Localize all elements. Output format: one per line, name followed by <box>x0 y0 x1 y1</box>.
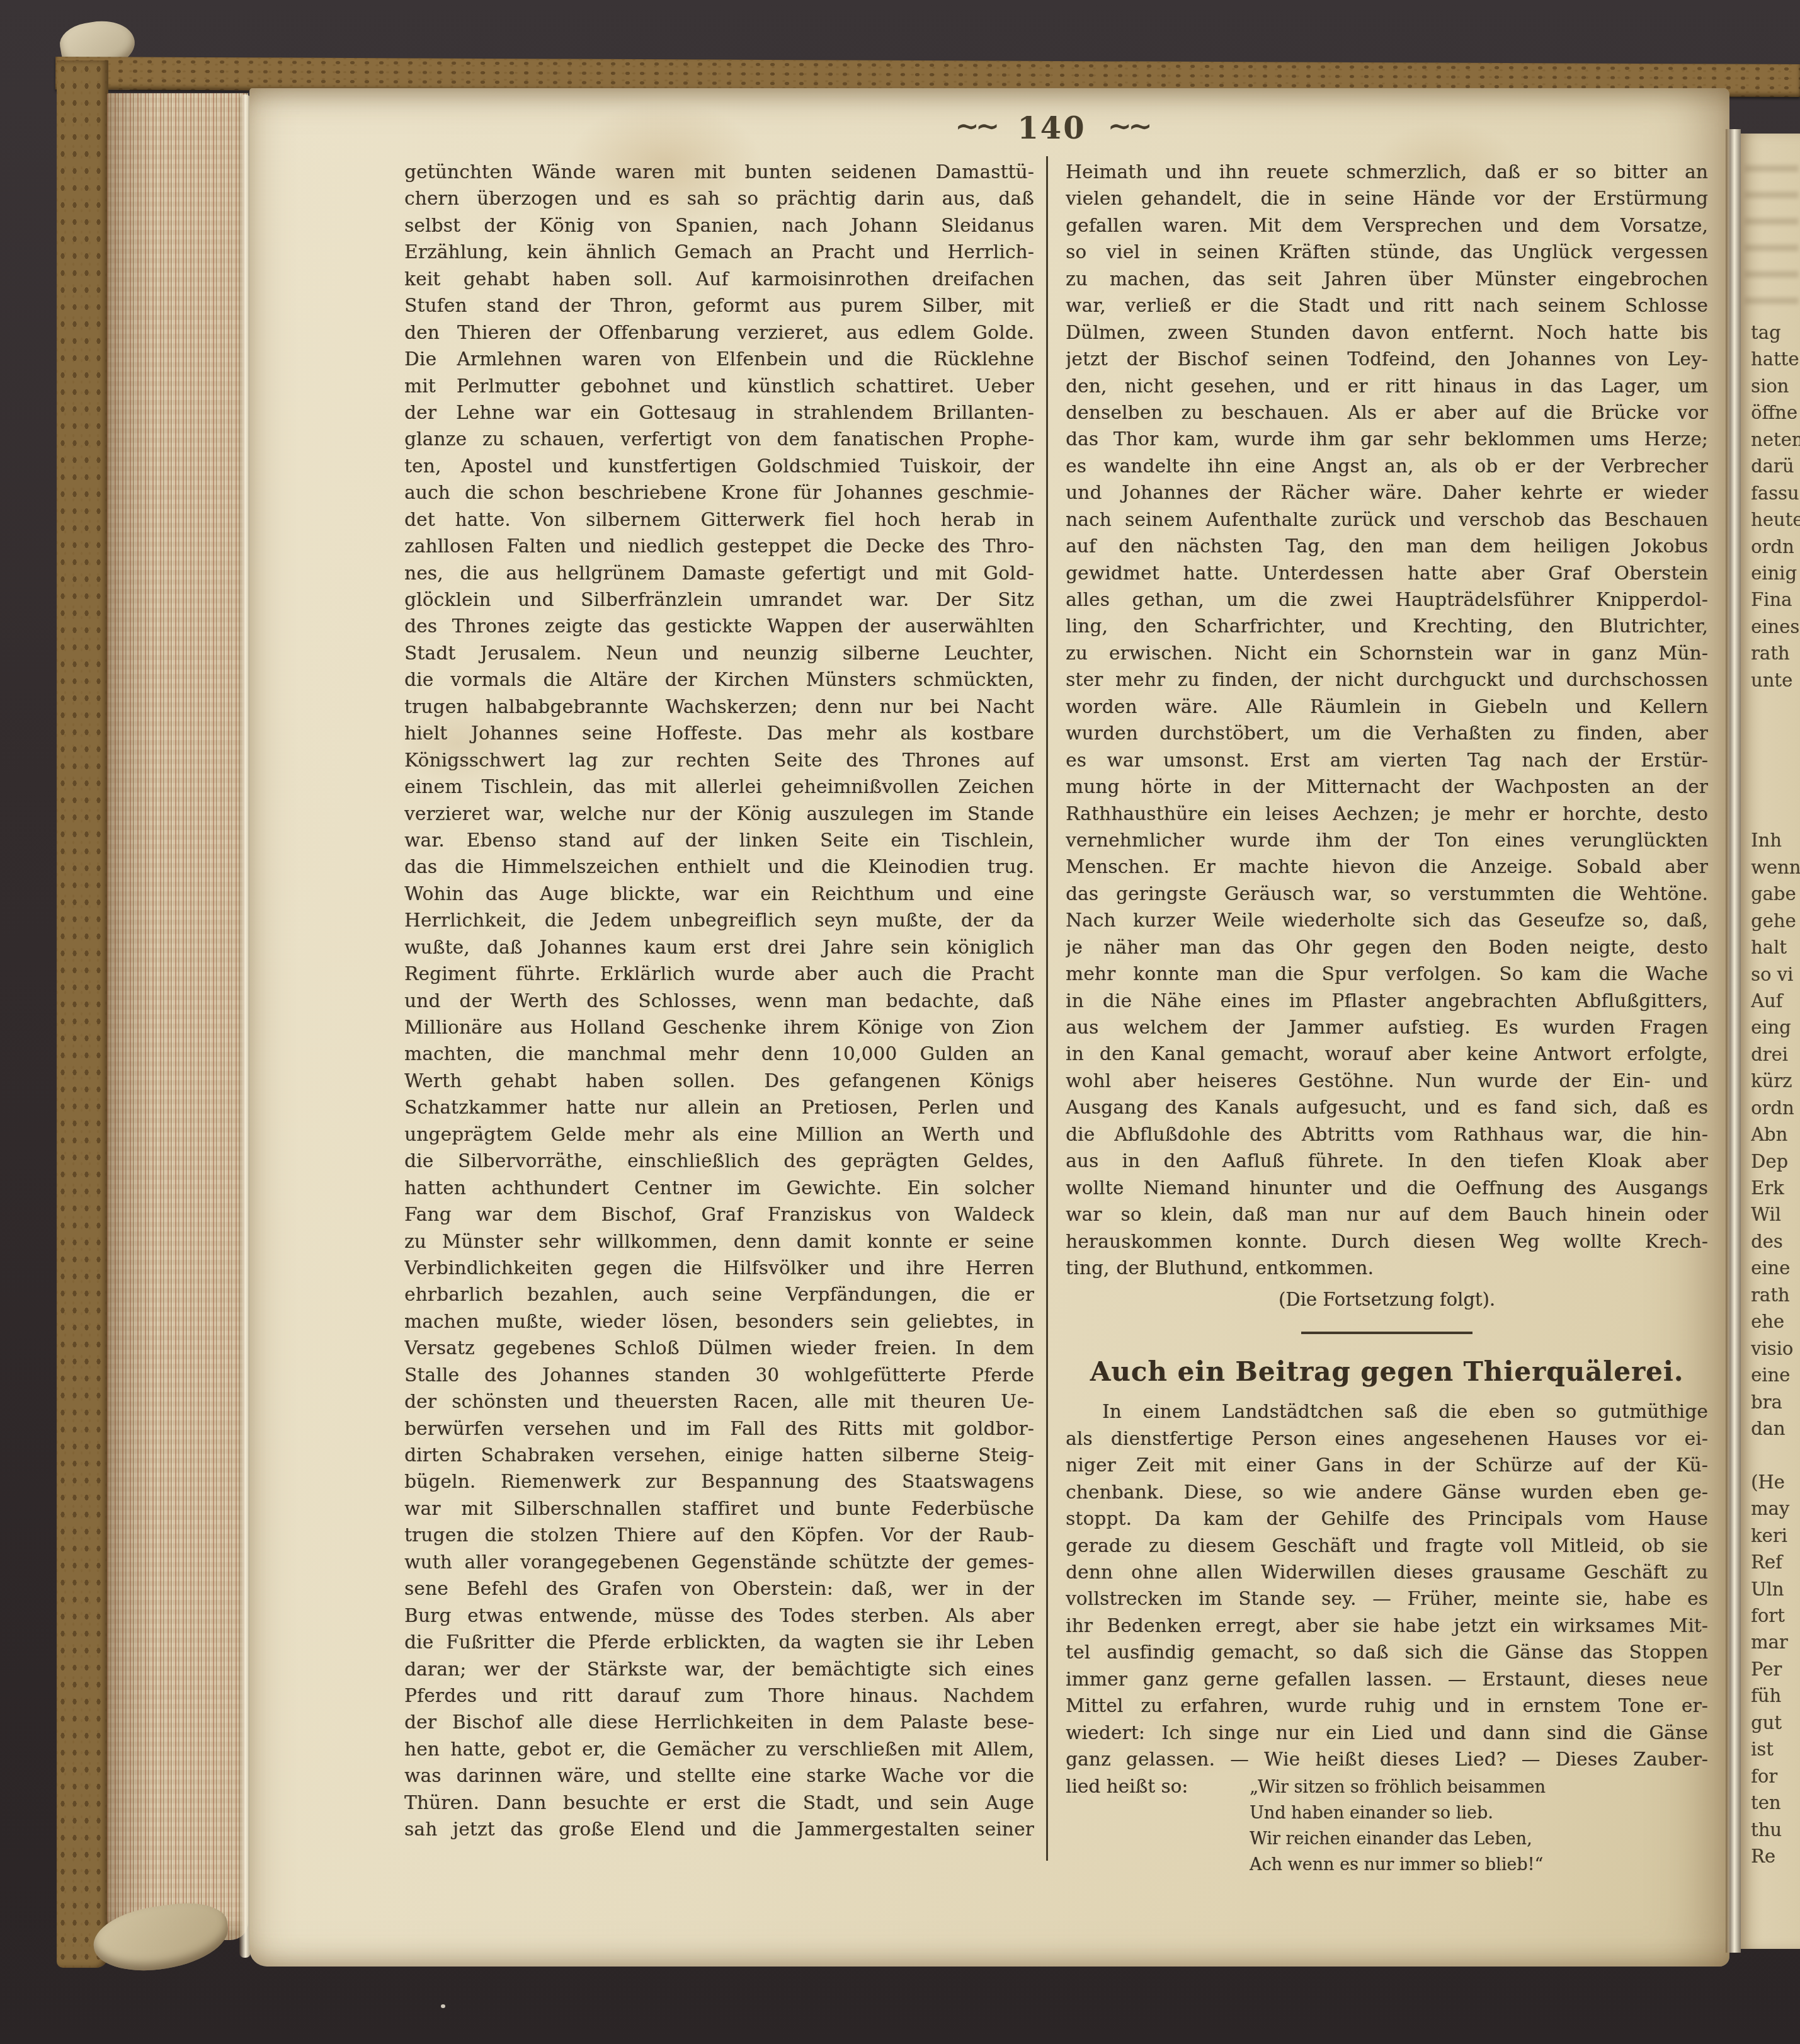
text-line: den, nicht gesehen, und er ritt hinaus i… <box>1066 373 1708 399</box>
text-fragment: Auf <box>1751 988 1800 1014</box>
text-line: chern überzogen und es sah so prächtig d… <box>404 185 1034 212</box>
text-line: machten, die manchmal mehr denn 10,000 G… <box>404 1041 1034 1067</box>
text-line: das Thor kam, wurde ihm gar sehr beklomm… <box>1066 426 1708 452</box>
text-fragment: hatte <box>1751 346 1800 372</box>
text-line: war mit Silberschnallen staffiret und bu… <box>404 1495 1034 1522</box>
text-line: vielen gehandelt, die in seine Hände vor… <box>1066 185 1708 212</box>
text-line: die Silbervorräthe, einschließlich des g… <box>404 1148 1034 1174</box>
right-text-column: Heimath und ihn reuete schmerzlich, daß … <box>1066 159 1708 1878</box>
text-line: Stadt Jerusalem. Neun und neunzig silber… <box>404 640 1034 666</box>
text-fragment: eing <box>1751 1014 1800 1041</box>
text-line: das geringste Geräusch war, so verstummt… <box>1066 881 1708 907</box>
text-line: wurden durchstöbert, um die Verhaßten zu… <box>1066 720 1708 746</box>
text-line: ling, den Scharfrichter, und Krechting, … <box>1066 613 1708 639</box>
text-line: mit Perlmutter gebohnet und künstlich sc… <box>404 373 1034 399</box>
text-line: auch die schon beschriebene Krone für Jo… <box>404 479 1034 506</box>
text-line: Burg etwas entwende, müsse des Todes ste… <box>404 1602 1034 1629</box>
poem-block: Und haben einander so lieb.Wir reichen e… <box>1066 1800 1708 1878</box>
text-fragment: darü <box>1751 453 1800 479</box>
text-line: der Lehne war ein Gottesaug in strahlend… <box>404 399 1034 426</box>
text-line: Pferdes und ritt darauf zum Thore hinaus… <box>404 1682 1034 1709</box>
text-fragment: dan <box>1751 1415 1800 1442</box>
text-fragment <box>1751 721 1800 747</box>
text-fragment: gabe <box>1751 881 1800 907</box>
text-line: Dülmen, zween Stunden davon entfernt. No… <box>1066 319 1708 346</box>
text-line: in die Nähe eines im Pflaster angebracht… <box>1066 988 1708 1014</box>
text-line: es wandelte ihn eine Angst an, als ob er… <box>1066 453 1708 479</box>
text-fragment: so vi <box>1751 961 1800 988</box>
text-line: trugen die stolzen Thiere auf den Köpfen… <box>404 1522 1034 1548</box>
text-line: aus welchem der Jammer aufstieg. Es wurd… <box>1066 1014 1708 1041</box>
text-line: Thüren. Dann besuchte er erst die Stadt,… <box>404 1790 1034 1816</box>
section-divider-rule <box>1301 1332 1472 1334</box>
text-line: wollte Niemand hinunter und die Oeffnung… <box>1066 1175 1708 1201</box>
text-line: die Fußritter die Pferde erblickten, da … <box>404 1629 1034 1655</box>
text-line: bügeln. Riemenwerk zur Bespannung des St… <box>404 1468 1034 1495</box>
text-line: glanze zu schauen, verfertigt von dem fa… <box>404 426 1034 452</box>
text-line: so viel in seinen Kräften stünde, das Un… <box>1066 239 1708 265</box>
story-text-block: Heimath und ihn reuete schmerzlich, daß … <box>1066 159 1708 1281</box>
text-fragment: sion <box>1751 373 1800 399</box>
text-line: ten, Apostel und kunstfertigen Goldschmi… <box>404 453 1034 479</box>
text-fragment <box>1751 774 1800 800</box>
text-line: vollstrecken im Stande sey. — Früher, me… <box>1066 1585 1708 1612</box>
ghost-text-smudge <box>1745 165 1799 310</box>
text-line: Mittel zu erfahren, wurde ruhig und in e… <box>1066 1693 1708 1719</box>
text-fragment: rath <box>1751 1282 1800 1308</box>
text-line: Ausgang des Kanals aufgesucht, und es fa… <box>1066 1094 1708 1121</box>
text-line: denn ohne allen Widerwillen dieses graus… <box>1066 1559 1708 1585</box>
text-fragment: des <box>1751 1228 1800 1255</box>
text-line: stoppt. Da kam der Gehilfe des Principal… <box>1066 1505 1708 1532</box>
text-line: ting, der Bluthund, entkommen. <box>1066 1255 1708 1281</box>
poem-intro: lied heißt so: <box>1066 1773 1250 1800</box>
text-fragment: fassu <box>1751 480 1800 506</box>
text-line: gewidmet hatte. Unterdessen hatte aber G… <box>1066 560 1708 586</box>
poem-line: Wir reichen einander das Leben, <box>1250 1826 1708 1852</box>
text-line: berwürfen versehen und im Fall des Ritts… <box>404 1415 1034 1442</box>
text-line: die Abflußdohle des Abtritts vom Rathhau… <box>1066 1121 1708 1148</box>
text-line: Menschen. Er machte hievon die Anzeige. … <box>1066 854 1708 880</box>
text-fragment: neten <box>1751 426 1800 453</box>
text-line: gerade zu diesem Geschäft und fragte vol… <box>1066 1533 1708 1559</box>
page-fore-edges <box>107 93 248 1940</box>
text-fragment: for <box>1751 1763 1800 1790</box>
text-line: hen hatte, gebot er, die Gemächer zu ver… <box>404 1736 1034 1762</box>
text-line: mehr konnte man die Spur verfolgen. So k… <box>1066 961 1708 987</box>
text-fragment: tag <box>1751 319 1800 346</box>
text-fragment: eine <box>1751 1255 1800 1281</box>
text-line: ster mehr zu finden, der nicht durchguck… <box>1066 666 1708 693</box>
text-line: det hatte. Von silbernem Gitterwerk fiel… <box>404 506 1034 533</box>
text-line: Stufen stand der Thron, geformt aus pure… <box>404 292 1034 319</box>
text-line: Wohin das Auge blickte, war ein Reichthu… <box>404 881 1034 907</box>
text-fragment: gehe <box>1751 908 1800 934</box>
text-fragment: thu <box>1751 1817 1800 1843</box>
text-fragment: halt <box>1751 934 1800 961</box>
text-line: Werth gehabt haben sollen. Des gefangene… <box>404 1068 1034 1094</box>
text-line: in den Kanal gemacht, worauf aber keine … <box>1066 1041 1708 1067</box>
text-fragment: drei <box>1751 1041 1800 1068</box>
text-line: war so klein, daß man nur auf dem Bauch … <box>1066 1201 1708 1228</box>
text-line: herauskommen konnte. Durch diesen Weg wo… <box>1066 1228 1708 1255</box>
text-line: getünchten Wände waren mit bunten seiden… <box>404 159 1034 185</box>
text-line: tel ausfindig gemacht, so daß sich die G… <box>1066 1639 1708 1665</box>
text-fragment: Erk <box>1751 1175 1800 1201</box>
text-line: auf den nächsten Tag, den man dem heilig… <box>1066 533 1708 559</box>
text-line: trugen halbabgebrannte Wachskerzen; denn… <box>404 694 1034 720</box>
text-line: mung hörte in der Mitternacht der Wachpo… <box>1066 774 1708 800</box>
page-header: ∼∼ 140 ∼∼ <box>863 111 1241 146</box>
text-line: dirten Schabraken versehen, einige hatte… <box>404 1442 1034 1468</box>
text-line: daran; wer der Stärkste war, der bemächt… <box>404 1656 1034 1682</box>
text-fragment: Fina <box>1751 586 1800 613</box>
text-line: den Thieren der Offenbarung verzieret, a… <box>404 319 1034 346</box>
text-line: alles gethan, um die zwei Haupträdelsfüh… <box>1066 586 1708 613</box>
text-fragment: ordn <box>1751 534 1800 560</box>
text-line: Erzählung, kein ähnlich Gemach an Pracht… <box>404 239 1034 265</box>
text-fragment: wenn <box>1751 854 1800 881</box>
dust-speck <box>441 2004 445 2008</box>
text-fragment: ehe <box>1751 1308 1800 1335</box>
text-fragment: kürz <box>1751 1068 1800 1094</box>
text-fragment: Ref <box>1751 1549 1800 1575</box>
text-fragment <box>1751 801 1800 827</box>
book-photo-background: { "header": { "page_number": "140", "orn… <box>0 0 1800 2044</box>
text-line: und Johannes der Rächer wäre. Daher kehr… <box>1066 479 1708 506</box>
text-fragment: unte <box>1751 667 1800 694</box>
column-divider-rule <box>1046 156 1048 1861</box>
text-line: zu erwischen. Nicht ein Schornstein war … <box>1066 640 1708 666</box>
continuation-note: (Die Fortsetzung folgt). <box>1066 1284 1708 1315</box>
text-fragment: Wil <box>1751 1201 1800 1228</box>
text-line: zahllosen Falten und niedlich gesteppet … <box>404 533 1034 559</box>
text-fragment: einig <box>1751 560 1800 586</box>
text-line: worden wäre. Alle Räumlein in Giebeln un… <box>1066 694 1708 720</box>
text-line: chenbank. Diese, so wie andere Gänse wur… <box>1066 1479 1708 1505</box>
text-fragment: heute <box>1751 506 1800 533</box>
text-line: ungeprägtem Gelde mehr als eine Million … <box>404 1121 1034 1148</box>
text-fragment: Dep <box>1751 1148 1800 1175</box>
text-fragment: ordn <box>1751 1095 1800 1121</box>
text-fragment: rath <box>1751 640 1800 666</box>
text-line: aus in den Aafluß führete. In den tiefen… <box>1066 1148 1708 1174</box>
text-fragment: öffne <box>1751 399 1800 426</box>
text-line: das die Himmelszeichen enthielt und die … <box>404 854 1034 880</box>
feature-text-block: In einem Landstädtchen saß die eben so g… <box>1066 1398 1708 1773</box>
text-fragment: bra <box>1751 1389 1800 1415</box>
text-line: Königsschwert lag zur rechten Seite des … <box>404 747 1034 774</box>
text-fragment: füh <box>1751 1682 1800 1709</box>
text-line: Fang war dem Bischof, Graf Franziskus vo… <box>404 1201 1034 1228</box>
text-line: keit gehabt haben soll. Auf karmoisinrot… <box>404 266 1034 292</box>
adjacent-page: taghattesionöffnenetendarüfassuheuteordn… <box>1741 134 1800 1949</box>
text-fragment: Uln <box>1751 1576 1800 1602</box>
text-fragment: Per <box>1751 1656 1800 1682</box>
text-fragment: gut <box>1751 1710 1800 1736</box>
text-line: Verbindlichkeiten gegen die Hilfsvölker … <box>404 1255 1034 1281</box>
text-line: Schatzkammer hatte nur allein an Pretios… <box>404 1094 1034 1121</box>
text-line: ganz gelassen. — Wie heißt dieses Lied? … <box>1066 1746 1708 1773</box>
text-line: Rathhausthüre ein leises Aechzen; je meh… <box>1066 801 1708 827</box>
text-line: Versatz gegebenes Schloß Dülmen wieder f… <box>404 1335 1034 1361</box>
page-ornament-right-icon: ∼∼ <box>1108 109 1149 143</box>
text-line: war. Ebenso stand auf der linken Seite e… <box>404 827 1034 854</box>
text-line: Heimath und ihn reuete schmerzlich, daß … <box>1066 159 1708 185</box>
text-line: Herrlichkeit, die Jedem unbegreiflich se… <box>404 907 1034 934</box>
text-line: Die Armlehnen waren von Elfenbein und di… <box>404 346 1034 372</box>
text-line: zu machen, das seit Jahren über Münster … <box>1066 266 1708 292</box>
text-fragment: mar <box>1751 1629 1800 1655</box>
text-line: immer ganz gerne gefallen lassen. — Erst… <box>1066 1666 1708 1693</box>
text-line: In einem Landstädtchen saß die eben so g… <box>1066 1398 1708 1425</box>
text-fragment: ten <box>1751 1790 1800 1816</box>
text-line: vernehmlicher wurde ihm der Ton eines ve… <box>1066 827 1708 854</box>
text-line: je näher man das Ohr gegen den Boden nei… <box>1066 934 1708 961</box>
text-fragment: (He <box>1751 1469 1800 1495</box>
text-line: wuth aller vorangegebenen Gegenstände sc… <box>404 1549 1034 1575</box>
text-line: war, verließ er die Stadt und ritt nach … <box>1066 292 1708 319</box>
next-page-text-fragments: taghattesionöffnenetendarüfassuheuteordn… <box>1751 319 1800 1870</box>
text-line: hielt Johannes seine Hoffeste. Das mehr … <box>404 720 1034 746</box>
text-line: niger Zeit mit einer Gans in der Schürze… <box>1066 1452 1708 1478</box>
text-line: verzieret war, welche nur der König ausz… <box>404 801 1034 827</box>
text-line: was darinnen wäre, und stellte eine star… <box>404 1762 1034 1789</box>
text-line: wiedert: Ich singe nur ein Lied und dann… <box>1066 1720 1708 1746</box>
text-fragment: Re <box>1751 1843 1800 1870</box>
text-line: der schönsten und theuersten Racen, alle… <box>404 1388 1034 1415</box>
text-line: der Bischof alle diese Herrlichkeiten in… <box>404 1709 1034 1735</box>
text-line: glöcklein und Silberfränzlein umrandet w… <box>404 586 1034 613</box>
text-line: die vormals die Altäre der Kirchen Münst… <box>404 666 1034 693</box>
text-line: und der Werth des Schlosses, wenn man be… <box>404 988 1034 1014</box>
text-line: jetzt der Bischof seinen Todfeind, den J… <box>1066 346 1708 372</box>
text-line: machen mußte, wieder lösen, besonders se… <box>404 1308 1034 1335</box>
text-line: wohl aber heiseres Gestöhne. Nun wurde d… <box>1066 1068 1708 1094</box>
section-heading: Auch ein Beitrag gegen Thierquälerei. <box>1066 1352 1708 1398</box>
text-fragment: keri <box>1751 1522 1800 1549</box>
text-line: Stalle des Johannes standen 30 wohlgefüt… <box>404 1362 1034 1388</box>
text-line: als dienstfertige Person eines angesehen… <box>1066 1425 1708 1452</box>
text-line: ihr Bedenken erregt, aber sie habe jetzt… <box>1066 1613 1708 1639</box>
text-line: Millionäre aus Holland Geschenke ihrem K… <box>404 1014 1034 1041</box>
text-line: hatten achthundert Centner im Gewichte. … <box>404 1175 1034 1201</box>
poem-line: Ach wenn es nur immer so blieb!“ <box>1250 1852 1708 1878</box>
text-line: selbst der König von Spanien, nach Johan… <box>404 212 1034 239</box>
text-fragment <box>1751 694 1800 720</box>
text-line: Nach kurzer Weile wiederholte sich das G… <box>1066 907 1708 934</box>
text-line: sah jetzt das große Elend und die Jammer… <box>404 1816 1034 1842</box>
poem-line: Und haben einander so lieb. <box>1250 1800 1708 1826</box>
text-fragment: fort <box>1751 1602 1800 1629</box>
book-cover-left-edge <box>57 60 108 1968</box>
text-line: einem Tischlein, das mit allerlei geheim… <box>404 774 1034 800</box>
page-fold-highlight <box>1726 129 1741 1953</box>
text-line: ehrbarlich bezahlen, auch seine Verpfänd… <box>404 1281 1034 1308</box>
text-line: nes, die aus hellgrünem Damaste gefertig… <box>404 560 1034 586</box>
text-fragment: visio <box>1751 1335 1800 1362</box>
poem-line: „Wir sitzen so fröhlich beisammen <box>1250 1774 1546 1800</box>
text-line: zu Münster sehr willkommen, denn damit k… <box>404 1228 1034 1255</box>
page-number: 140 <box>1017 111 1086 146</box>
text-line: nach seinem Aufenthalte zurück und versc… <box>1066 506 1708 533</box>
poem-first-row: lied heißt so: „Wir sitzen so fröhlich b… <box>1066 1773 1708 1800</box>
text-fragment: eines <box>1751 614 1800 640</box>
text-line: Regiment führte. Erklärlich wurde aber a… <box>404 961 1034 987</box>
text-fragment: Inh <box>1751 827 1800 854</box>
text-fragment <box>1751 747 1800 774</box>
page-ornament-left-icon: ∼∼ <box>955 109 996 143</box>
text-fragment <box>1751 1442 1800 1468</box>
text-line: denselben zu beschauen. Als er aber auf … <box>1066 399 1708 426</box>
text-line: es war umsonst. Erst am vierten Tag nach… <box>1066 747 1708 774</box>
text-line: des Thrones zeigte das gestickte Wappen … <box>404 613 1034 639</box>
text-fragment: Abn <box>1751 1121 1800 1148</box>
left-text-column: getünchten Wände waren mit bunten seiden… <box>404 159 1034 1843</box>
text-fragment: ist <box>1751 1736 1800 1762</box>
text-line: wußte, daß Johannes kaum erst drei Jahre… <box>404 934 1034 961</box>
text-fragment: may <box>1751 1495 1800 1522</box>
text-line: sene Befehl des Grafen von Oberstein: da… <box>404 1575 1034 1602</box>
text-fragment: eine <box>1751 1362 1800 1388</box>
text-line: gefallen waren. Mit dem Versprechen und … <box>1066 212 1708 239</box>
